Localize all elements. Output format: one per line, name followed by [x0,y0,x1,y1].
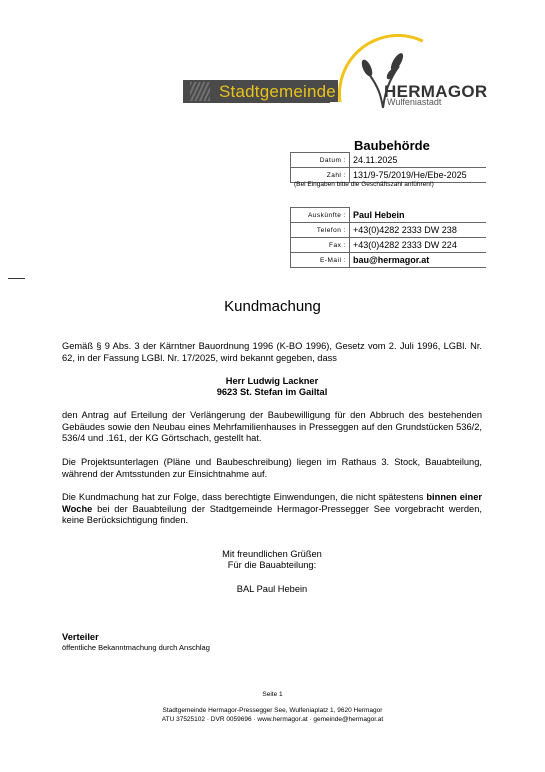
contact-row: Fax : +43(0)4282 2333 DW 224 [291,238,487,253]
email-label: E-Mail : [291,253,350,268]
closing-department: Für die Bauabteilung: [62,560,482,572]
email-value[interactable]: bau@hermagor.at [350,253,487,268]
distribution-text: öffentliche Bekanntmachung durch Anschla… [62,643,210,652]
department-title: Baubehörde [354,138,430,153]
applicant-address: 9623 St. Stefan im Gailtal [62,387,482,399]
fax-value: +43(0)4282 2333 DW 224 [350,238,487,253]
contact-row: E-Mail : bau@hermagor.at [291,253,487,268]
logo-hatch-decoration [190,82,210,101]
reference-note: (Bei Eingaben bitte die Geschäftszahl an… [294,181,434,188]
phone-value: +43(0)4282 2333 DW 238 [350,223,487,238]
distribution-heading: Verteiler [62,632,99,642]
contact-person-value: Paul Hebein [350,208,487,223]
footer-ids: ATU 37525102 · DVR 0059696 · www.hermago… [0,715,545,725]
consequence-text-post: bei der Bauabteilung der Stadtgemeinde H… [62,504,482,526]
date-row: Datum : 24.11.2025 [291,153,487,168]
closing-greeting: Mit freundlichen Grüßen [62,549,482,561]
fold-mark [8,278,25,279]
signature: BAL Paul Hebein [62,584,482,596]
consequence-text-pre: Die Kundmachung hat zur Folge, dass bere… [62,492,423,502]
contact-row: Auskünfte : Paul Hebein [291,208,487,223]
phone-label: Telefon : [291,223,350,238]
date-value: 24.11.2025 [350,153,487,168]
logo-banner-text: Stadtgemeinde [219,80,336,103]
intro-paragraph: Gemäß § 9 Abs. 3 der Kärntner Bauordnung… [62,341,482,364]
date-label: Datum : [291,153,350,168]
reference-table: Datum : 24.11.2025 Zahl : 131/9-75/2019/… [290,152,486,183]
contact-row: Telefon : +43(0)4282 2333 DW 238 [291,223,487,238]
consequence-paragraph: Die Kundmachung hat zur Folge, dass bere… [62,492,482,527]
document-title: Kundmachung [0,298,545,315]
request-paragraph: den Antrag auf Erteilung der Verlängerun… [62,410,482,445]
brand-subtitle: Wulfeniastadt [387,97,441,107]
contact-table: Auskünfte : Paul Hebein Telefon : +43(0)… [290,207,486,268]
fax-label: Fax : [291,238,350,253]
contact-person-label: Auskünfte : [291,208,350,223]
page-number: Seite 1 [0,690,545,700]
applicant-name: Herr Ludwig Lackner [62,376,482,388]
documents-paragraph: Die Projektsunterlagen (Pläne und Baubes… [62,457,482,480]
